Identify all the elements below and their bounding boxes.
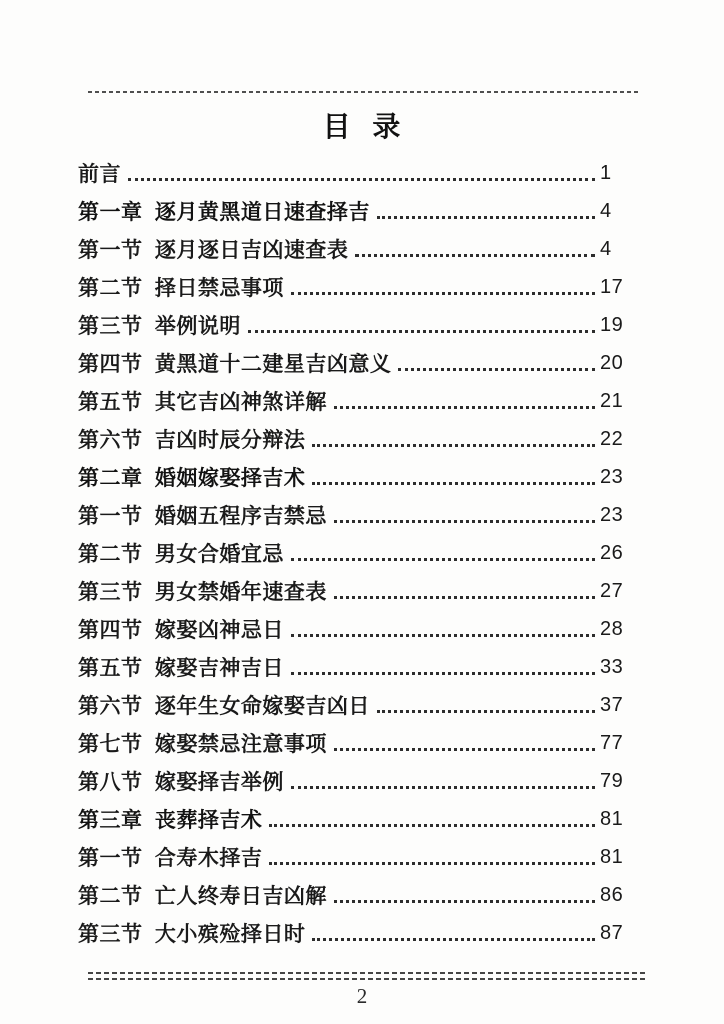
toc-entry-label: 第一节 婚姻五程序吉禁忌 [78,500,327,530]
toc-entry-page: 4 [600,200,632,223]
toc-entry-label: 第四节 黄黑道十二建星吉凶意义 [78,348,391,378]
toc-entry: 第八节 嫁娶择吉举例79 [78,762,632,800]
dot-leader [355,254,595,257]
page-number: 2 [0,984,724,1009]
toc-entry: 第一节 逐月逐日吉凶速查表4 [78,230,632,268]
dot-leader [291,672,595,675]
toc-entry-page: 4 [600,238,632,261]
toc-entry-label: 第四节 嫁娶凶神忌日 [78,614,284,644]
toc-entry: 第三节 大小殡殓择日时87 [78,914,632,952]
bottom-double-divider [88,972,645,980]
toc-entry: 第七节 嫁娶禁忌注意事项77 [78,724,632,762]
toc-entry-label: 第五节 嫁娶吉神吉日 [78,652,284,682]
dot-leader [269,824,595,827]
toc-entry-label: 第五节 其它吉凶神煞详解 [78,386,327,416]
dot-leader [377,216,595,219]
toc-entry: 第一章 逐月黄黑道日速查择吉4 [78,192,632,230]
toc-entry-page: 17 [600,276,632,299]
toc-entry-label: 第三章 丧葬择吉术 [78,804,262,834]
dot-leader [128,178,595,181]
toc-entry-page: 86 [600,884,632,907]
toc-entry-page: 81 [600,808,632,831]
dot-leader [377,710,595,713]
toc-entry: 前言1 [78,154,632,192]
toc-entry-label: 第三节 举例说明 [78,310,241,340]
dot-leader [312,938,595,941]
dot-leader [334,748,595,751]
toc-entry-page: 37 [600,694,632,717]
dot-leader [291,292,595,295]
dot-leader [334,520,595,523]
dot-leader [334,900,595,903]
scanned-toc-page: 目 录 前言1第一章 逐月黄黑道日速查择吉4第一节 逐月逐日吉凶速查表4第二节 … [0,0,724,1024]
top-dashed-divider [88,91,638,93]
toc-entry-page: 81 [600,846,632,869]
dot-leader [334,596,595,599]
toc-entry: 第四节 嫁娶凶神忌日28 [78,610,632,648]
toc-entry-label: 第一节 合寿木择吉 [78,842,262,872]
toc-entry: 第五节 嫁娶吉神吉日33 [78,648,632,686]
toc-entry-label: 第二章 婚姻嫁娶择吉术 [78,462,305,492]
toc-entry-page: 26 [600,542,632,565]
toc-entry-label: 第一节 逐月逐日吉凶速查表 [78,234,348,264]
toc-entry-page: 21 [600,390,632,413]
toc-entry: 第四节 黄黑道十二建星吉凶意义20 [78,344,632,382]
toc-entry-page: 77 [600,732,632,755]
dot-leader [334,406,595,409]
toc-entry-page: 28 [600,618,632,641]
toc-entry-label: 第三节 大小殡殓择日时 [78,918,305,948]
toc-entry-page: 33 [600,656,632,679]
toc-entry: 第一节 婚姻五程序吉禁忌23 [78,496,632,534]
toc-entry: 第二章 婚姻嫁娶择吉术23 [78,458,632,496]
toc-entry-page: 27 [600,580,632,603]
toc-entry: 第六节 吉凶时辰分辩法22 [78,420,632,458]
toc-entry-label: 第一章 逐月黄黑道日速查择吉 [78,196,370,226]
toc-entry: 第三节 男女禁婚年速查表27 [78,572,632,610]
toc-entry-label: 前言 [78,158,121,188]
toc-entry-page: 22 [600,428,632,451]
toc-entry: 第五节 其它吉凶神煞详解21 [78,382,632,420]
toc-entry: 第一节 合寿木择吉81 [78,838,632,876]
toc-entry-label: 第二节 男女合婚宜忌 [78,538,284,568]
dot-leader [291,634,595,637]
toc-entry-page: 19 [600,314,632,337]
toc-entry-label: 第七节 嫁娶禁忌注意事项 [78,728,327,758]
toc-entry-label: 第六节 逐年生女命嫁娶吉凶日 [78,690,370,720]
toc-entry: 第三章 丧葬择吉术81 [78,800,632,838]
dot-leader [312,482,595,485]
toc-entry-page: 1 [600,162,632,185]
toc-entry-label: 第六节 吉凶时辰分辩法 [78,424,305,454]
dot-leader [312,444,595,447]
toc-list: 前言1第一章 逐月黄黑道日速查择吉4第一节 逐月逐日吉凶速查表4第二节 择日禁忌… [78,154,632,952]
toc-entry: 第二节 择日禁忌事项17 [78,268,632,306]
toc-entry-label: 第二节 亡人终寿日吉凶解 [78,880,327,910]
toc-entry-label: 第八节 嫁娶择吉举例 [78,766,284,796]
toc-entry: 第三节 举例说明19 [78,306,632,344]
dot-leader [291,786,595,789]
toc-entry-label: 第二节 择日禁忌事项 [78,272,284,302]
toc-entry-page: 23 [600,504,632,527]
dot-leader [291,558,595,561]
toc-entry: 第六节 逐年生女命嫁娶吉凶日37 [78,686,632,724]
toc-entry-page: 79 [600,770,632,793]
dot-leader [398,368,595,371]
toc-entry-page: 20 [600,352,632,375]
toc-entry-page: 87 [600,922,632,945]
toc-entry-label: 第三节 男女禁婚年速查表 [78,576,327,606]
toc-entry: 第二节 男女合婚宜忌26 [78,534,632,572]
page-title: 目 录 [0,105,724,145]
toc-entry-page: 23 [600,466,632,489]
dot-leader [269,862,595,865]
dot-leader [248,330,595,333]
toc-entry: 第二节 亡人终寿日吉凶解86 [78,876,632,914]
